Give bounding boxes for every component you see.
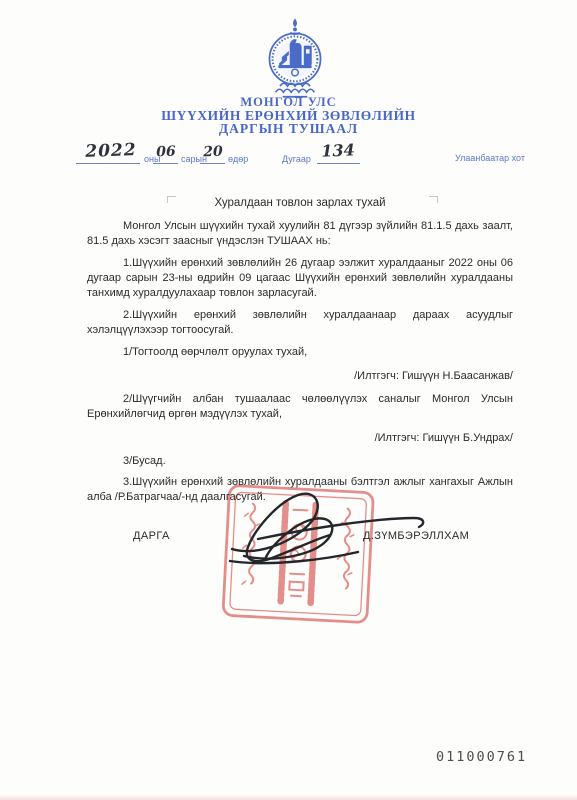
month-underline	[153, 163, 178, 164]
scanned-order-document: МОНГОЛ УЛС ШҮҮХИЙН ЕРӨНХИЙ ЗӨВЛӨЛИЙН ДАР…	[0, 0, 577, 800]
number-label: Дугаар	[282, 154, 311, 164]
number-underline	[317, 163, 360, 164]
paragraph-item-2: 2/Шүүгчийн албан тушаалаас чөлөөлүүлэх с…	[87, 392, 513, 422]
header-order-type: ДАРГЫН ТУШААЛ	[0, 121, 577, 137]
year-underline	[76, 163, 140, 164]
city-label: Улаанбаатар хот	[455, 153, 525, 163]
paragraph-clause-2: 2.Шүүхийн ерөнхий зөвлөлийн хуралдаанаар…	[87, 308, 513, 338]
paragraph-reporter-2: /Илтгэгч: Гишүүн Б.Ундрах/	[87, 431, 513, 446]
day-underline	[200, 163, 225, 164]
handwritten-year: 2022	[82, 140, 141, 162]
paragraph-item-1: 1/Тогтоолд өөрчлөлт оруулах тухай,	[87, 345, 513, 360]
paragraph-reporter-1: /Илтгэгч: Гишүүн Н.Баасанжав/	[87, 369, 513, 384]
handwritten-day: 20	[201, 144, 226, 161]
document-title: Хуралдаан товлон зарлах тухай	[87, 196, 513, 211]
handwritten-order-number: 134	[319, 140, 358, 160]
scan-edge-artifact	[0, 795, 577, 800]
mongolia-state-emblem-icon	[251, 17, 339, 99]
signatory-name: Д.ЗҮМБЭРЭЛЛХАМ	[363, 530, 469, 542]
handwritten-month: 06	[154, 144, 179, 161]
paragraph-preamble: Монгол Улсын шүүхийн тухай хуулийн 81 дү…	[87, 219, 513, 249]
form-serial-number: 011000761	[436, 749, 527, 765]
signatory-position: ДАРГА	[133, 530, 170, 542]
document-body: Хуралдаан товлон зарлах тухай Монгол Улс…	[87, 196, 513, 505]
paragraph-item-3: 3/Бусад.	[87, 454, 513, 469]
chairman-signature-icon	[212, 483, 442, 575]
paragraph-clause-1: 1.Шүүхийн ерөнхий зөвлөлийн 26 дугаар ээ…	[87, 256, 513, 301]
day-label: өдөр	[228, 154, 248, 164]
